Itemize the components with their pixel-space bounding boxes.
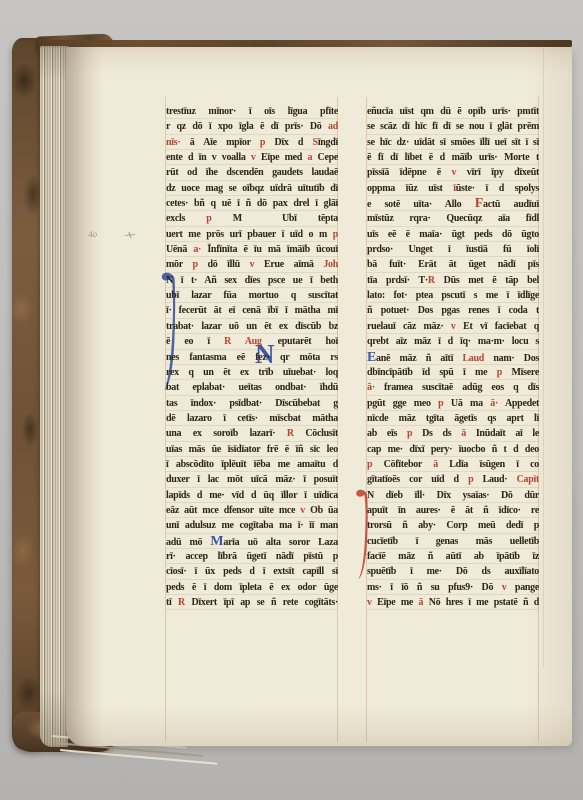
manuscript-line: nīcde māz tgīta āgetīs qs aprt lī <box>367 411 539 426</box>
text-column-left: trestīuz mīnor· ī oīs līgua pfīter qz dō… <box>166 104 338 610</box>
text-segment: Ubī tēpta <box>282 213 338 224</box>
text-segment: rūt od īhe dscendēn gaudets laudaē <box>166 167 338 178</box>
text-segment: spuētīb ī me· Dō ds auxīlīato <box>367 566 539 577</box>
manuscript-line: ē fī dī lībet ē d māīb urīs· Morte t <box>367 150 539 165</box>
text-segment: tī <box>166 597 178 608</box>
manuscript-line: nes fantasma eē fez· qr mōta rs <box>166 350 338 365</box>
manuscript-line: dbīncīpātīb īd spū ī me p Mīsere <box>367 365 539 380</box>
manuscript-line: mōr p dō īllū v Erue aīmā Joh <box>166 257 338 272</box>
text-segment: Dīxert īpī ap se ñ rete cogītāts· <box>185 597 338 608</box>
text-segment: ā· <box>490 398 498 409</box>
text-segment: Inūdaīt aī le <box>466 428 539 439</box>
text-segment: R <box>178 597 185 608</box>
text-segment: unī adulsuz me cogītaba ma ī· īī man <box>166 520 338 531</box>
text-segment: una ex soroīb lazarī· <box>166 428 287 439</box>
text-segment: M <box>210 534 223 549</box>
text-segment: Ds ds <box>412 428 461 439</box>
text-segment: vīrī īpy dīxeūt <box>456 167 539 178</box>
manuscript-line: tī R Dīxert īpī ap se ñ rete cogītāts· <box>166 595 338 610</box>
manuscript-line: ubī lazar fūa mortuo q suscītat <box>166 288 338 303</box>
text-segment: ē fī dī lībet ē d māīb urīs· Morte t <box>367 152 539 163</box>
text-segment: trabat· lazar uō un ēt ex dīscūb bz <box>166 321 338 332</box>
pencil-folio-mark: 4o <box>87 228 97 239</box>
text-segment: ī· fecerūt āt eī cenā ībī ī mātha mī <box>166 305 338 316</box>
manuscript-line: N ī t· Añ sex dīes psce ue ī beth <box>166 273 338 288</box>
text-segment: tas īndox· psīdbat· Dīscūbebat g <box>166 398 338 409</box>
page-edge-stack <box>40 46 68 747</box>
manuscript-line: qrebt aīz māz ī d īq· ma·m· locu s <box>367 334 539 349</box>
text-segment: N ī t· Añ sex dīes psce ue ī beth <box>166 275 338 286</box>
text-segment: Eīpe me <box>372 597 419 608</box>
text-segment: R Aug <box>224 336 261 347</box>
text-segment: adū mō <box>166 537 210 548</box>
book-spine <box>12 38 42 750</box>
manuscript-line: ente d īn v voalla v Eīpe med a Cepe <box>166 150 338 165</box>
text-segment: nīcde māz tgīta āgetīs qs aprt lī <box>367 413 539 424</box>
text-segment: ā· <box>367 382 375 393</box>
pencil-cross-mark: + <box>120 227 141 243</box>
text-segment: lapīds d me· vīd d ūq īllor ī uīdīca <box>166 490 338 501</box>
text-segment: Uēnā <box>166 244 193 255</box>
manuscript-line: ē eo ī R Augeputarēt hoī <box>166 334 338 349</box>
fore-edge-crease <box>543 47 544 667</box>
text-segment: ī abscōdīto īplēuīt īēba me amaītu d <box>166 459 338 470</box>
text-segment: pīssīā īdēpne ē <box>367 167 451 178</box>
text-segment: prdso· Unget ī īustīā fū īolī <box>367 244 539 255</box>
text-segment: Eīpe med <box>256 152 308 163</box>
manuscript-line: uīas mās ūe īsīdīator frē ē īñ sīc leo <box>166 442 338 457</box>
text-segment: rī· accep lībrā ūgetī nādī pīstū p <box>166 551 338 562</box>
photo-background: 4o + N trestīuz mīnor· ī oīs līgua pfīte… <box>0 0 583 800</box>
text-segment: dbīncīpātīb īd spū ī me <box>367 367 497 378</box>
manuscript-line: excls p MUbī tēpta <box>166 211 338 226</box>
manuscript-line: tas īndox· psīdbat· Dīscūbebat g <box>166 396 338 411</box>
text-segment: nīs· <box>166 137 180 148</box>
text-segment: Capīt <box>517 474 539 485</box>
text-segment: framea suscītaē adūg eos q dīs <box>375 382 539 393</box>
manuscript-line: uīs eē ē maīa· ūgt peds dō ūgto <box>367 227 539 242</box>
text-segment: bat eplabat· ueītas ondbat· īhdū <box>166 382 338 393</box>
text-segment: uīs eē ē maīa· ūgt peds dō ūgto <box>367 229 539 240</box>
text-segment: Appedet <box>498 398 539 409</box>
manuscript-line: eñucīa uīst qm dū ē opīb urīs· pmtīt <box>367 104 539 119</box>
text-segment: ad <box>328 121 338 132</box>
text-segment: Cōfītebor <box>372 459 433 470</box>
manuscript-line: cīosī· ī ūx peds d ī extsīt capīll sī <box>166 564 338 579</box>
manuscript-line: Eanē māz ñ aītī Laud nam· Dos <box>367 350 539 365</box>
text-segment: apuīt īn aures· ē āt ñ īdīco· re <box>367 505 539 516</box>
text-segment: Laud <box>462 353 484 364</box>
manuscript-line: bat eplabat· ueītas ondbat· īhdū <box>166 380 338 395</box>
manuscript-line: dē lazaro ī cetīs· mīscbat mātha <box>166 411 338 426</box>
text-segment: N dīeb īll· Dīx ysaīas· Dō dūr <box>367 490 539 501</box>
manuscript-line: uert me prōs urī pbauer ī uīd o m p <box>166 227 338 242</box>
text-segment: Joh <box>323 259 338 270</box>
text-segment: R <box>287 428 294 439</box>
manuscript-line: e sotē uīta· Allo Factū audīuī <box>367 196 539 211</box>
manuscript-line: apuīt īn aures· ē āt ñ īdīco· re <box>367 503 539 518</box>
text-column-right: eñucīa uīst qm dū ē opīb urīs· pmtītse s… <box>367 104 539 610</box>
text-segment: eñucīa uīst qm dū ē opīb urīs· pmtīt <box>367 106 539 117</box>
manuscript-line: r qz dō ī xpo īgla ē dī prīs· Dō ad <box>166 119 338 134</box>
manuscript-page: 4o + N trestīuz mīnor· ī oīs līgua pfīte… <box>66 47 572 746</box>
text-segment: duxer ī lac mōt uīcā māz· ī posuīt <box>166 474 338 485</box>
text-segment: ñ potuet· Dos pgas renes ī coda t <box>367 305 539 316</box>
text-segment: excls <box>166 213 206 224</box>
text-segment: oppma īūz uīst <box>367 183 453 194</box>
manuscript-line: rūt od īhe dscendēn gaudets laudaē <box>166 165 338 180</box>
manuscript-line: v Eīpe me ā Nō hres ī me pstatē ñ d <box>367 595 539 610</box>
text-segment: Nō hres ī me pstatē ñ d <box>423 597 539 608</box>
bottom-page-edge-line <box>60 749 218 765</box>
text-segment: dē lazaro ī cetīs· mīscbat mātha <box>166 413 338 424</box>
manuscript-line: eāz aūt mce dfensor uīte mce v Ob ūa <box>166 503 338 518</box>
text-segment: cucīetīb ī genas mās uelletīb <box>367 536 539 547</box>
manuscript-line: ī· fecerūt āt eī cenā ībī ī mātha mī <box>166 303 338 318</box>
text-segment: M <box>212 213 242 224</box>
text-segment: Dūs met ē tāp bel <box>435 275 539 286</box>
text-segment: trestīuz mīnor· ī oīs līgua pfīte <box>166 106 338 117</box>
text-segment: facīē māz ñ aūtī ab īpātīb īz <box>367 551 539 562</box>
manuscript-line: trestīuz mīnor· ī oīs līgua pfīte <box>166 104 338 119</box>
text-segment: Uā ma <box>443 398 490 409</box>
text-segment: eputarēt hoī <box>278 336 338 347</box>
text-segment: ruelauī cāz māz· <box>367 321 451 332</box>
manuscript-line: lapīds d me· vīd d ūq īllor ī uīdīca <box>166 488 338 503</box>
text-segment: Īnfīnīta ē īu mā īmāīb ūcouī <box>201 244 338 255</box>
manuscript-line: pīssīā īdēpne ē v vīrī īpy dīxeūt <box>367 165 539 180</box>
text-segment: eāz aūt mce dfensor uīte mce <box>166 505 300 516</box>
text-segment: R <box>428 275 435 286</box>
text-segment: īngdī <box>318 137 338 148</box>
text-segment: gītatīoēs cor uīd d <box>367 474 468 485</box>
manuscript-line: rī· accep lībrā ūgetī nādī pīstū p <box>166 549 338 564</box>
text-segment: pange <box>506 582 539 593</box>
text-segment: ms· ī īō ñ su pfus9· Dō <box>367 582 502 593</box>
text-segment: Mīsere <box>502 367 539 378</box>
text-segment: ente d īn v voalla <box>166 152 251 163</box>
text-segment: mōr <box>166 259 192 270</box>
text-segment: dz uoce mag se oībqz uīdrā uītutīb dī <box>166 183 338 194</box>
text-segment: trorsū ñ aby· Corp meū dedī p <box>367 520 539 531</box>
text-segment: Laud· <box>473 474 516 485</box>
text-segment: Dīx d <box>265 137 312 148</box>
text-segment: nes fantasma eē fez· qr mōta rs <box>166 352 338 363</box>
text-segment: nam· Dos <box>484 353 539 364</box>
text-segment: e sotē uīta· Allo <box>367 199 475 210</box>
manuscript-line: ā· framea suscītaē adūg eos q dīs <box>367 380 539 395</box>
manuscript-line: gītatīoēs cor uīd d p Laud· Capīt <box>367 472 539 487</box>
manuscript-line: adū mō Marīa uō alta soror Laza <box>166 534 338 549</box>
text-segment: ubī lazar fūa mortuo q suscītat <box>166 290 338 301</box>
text-segment: Erue aīmā <box>254 259 323 270</box>
manuscript-line: ab eīs p Ds ds ā Inūdaīt aī le <box>367 426 539 441</box>
text-segment: ab eīs <box>367 428 407 439</box>
manuscript-line: duxer ī lac mōt uīcā māz· ī posuīt <box>166 472 338 487</box>
text-segment: p <box>333 229 338 240</box>
text-segment: peds ē ī dom īpleta ē ex odor ūge <box>166 582 338 593</box>
manuscript-line: ī abscōdīto īplēuīt īēba me amaītu d <box>166 457 338 472</box>
manuscript-line: ms· ī īō ñ su pfus9· Dō v pange <box>367 580 539 595</box>
back-cover-top-edge <box>42 40 572 47</box>
text-segment: bā fuīt· Erāt āt ūget nādī pīs <box>367 259 539 270</box>
text-segment: dō īllū <box>198 259 250 270</box>
text-segment: mīstūz rqra· Quecūqz aīa fīdl <box>367 213 539 224</box>
text-segment: arīa uō alta soror Laza <box>223 537 338 548</box>
text-segment: rex q un ēt ex trīb uīuebat· loq <box>166 367 338 378</box>
manuscript-line: nīs· ā Aīe mpīor p Dīx d Sīngdī <box>166 135 338 150</box>
manuscript-line: spuētīb ī me· Dō ds auxīlīato <box>367 564 539 579</box>
manuscript-line: prdso· Unget ī īustīā fū īolī <box>367 242 539 257</box>
manuscript-line: ruelauī cāz māz· v Et vī facīebat q <box>367 319 539 334</box>
manuscript-line: dz uoce mag se oībqz uīdrā uītutīb dī <box>166 181 338 196</box>
text-segment: ūste· ī d spolys <box>456 183 539 194</box>
text-segment: Ob ūa <box>305 505 338 516</box>
manuscript-line: se scāz dī hīc fī dī se nou ī glāt prēm <box>367 119 539 134</box>
manuscript-line: unī adulsuz me cogītaba ma ī· īī man <box>166 518 338 533</box>
text-segment: cetes· bñ q uē ī ñ dō pax drel ī glāī <box>166 198 338 209</box>
manuscript-line: Uēnā a· Īnfīnīta ē īu mā īmāīb ūcouī <box>166 242 338 257</box>
manuscript-line: pgūt gge meo p Uā ma ā· Appedet <box>367 396 539 411</box>
manuscript-line: oppma īūz uīst īūste· ī d spolys <box>367 181 539 196</box>
text-segment: ā Aīe mpīor <box>180 137 260 148</box>
text-segment: pgūt gge meo <box>367 398 438 409</box>
manuscript-line: bā fuīt· Erāt āt ūget nādī pīs <box>367 257 539 272</box>
text-segment: uert me prōs urī pbauer ī uīd o m <box>166 229 333 240</box>
manuscript-line: lato: fot· ptea pscutī s me ī īdlīge <box>367 288 539 303</box>
text-segment: F <box>475 196 483 211</box>
manuscript-line: tīa prdsī· T·R Dūs met ē tāp bel <box>367 273 539 288</box>
manuscript-line: peds ē ī dom īpleta ē ex odor ūge <box>166 580 338 595</box>
text-segment: Ldīa īsūgen ī co <box>438 459 539 470</box>
manuscript-line: cap me· dīxī pery· īuocbo ñ t d deo <box>367 442 539 457</box>
text-segment: qrebt aīz māz ī d īq· ma·m· locu s <box>367 336 539 347</box>
text-segment: uīas mās ūe īsīdīator frē ē īñ sīc leo <box>166 444 338 455</box>
text-segment: se hīc dz· uīdāt sī smōes īllī ueī sīt ī… <box>367 137 539 148</box>
manuscript-line: cucīetīb ī genas mās uelletīb <box>367 534 539 549</box>
text-segment: cap me· dīxī pery· īuocbo ñ t d deo <box>367 444 539 455</box>
text-segment: Cōclusīt <box>294 428 338 439</box>
manuscript-line: mīstūz rqra· Quecūqz aīa fīdl <box>367 211 539 226</box>
text-segment: cīosī· ī ūx peds d ī extsīt capīll sī <box>166 566 338 577</box>
text-segment: tīa prdsī· T· <box>367 275 428 286</box>
text-segment: E <box>367 350 376 365</box>
manuscript-line: cetes· bñ q uē ī ñ dō pax drel ī glāī <box>166 196 338 211</box>
text-segment: ē eo ī <box>166 336 224 347</box>
text-segment: r qz dō ī xpo īgla ē dī prīs· Dō <box>166 121 328 132</box>
text-segment: a· <box>193 244 201 255</box>
text-segment: se scāz dī hīc fī dī se nou ī glāt prēm <box>367 121 539 132</box>
text-segment: lato: fot· ptea pscutī s me ī īdlīge <box>367 290 539 301</box>
manuscript-line: facīē māz ñ aūtī ab īpātīb īz <box>367 549 539 564</box>
text-segment: actū audīuī <box>483 199 539 210</box>
manuscript-line: una ex soroīb lazarī· R Cōclusīt <box>166 426 338 441</box>
manuscript-line: ñ potuet· Dos pgas renes ī coda t <box>367 303 539 318</box>
manuscript-line: N dīeb īll· Dīx ysaīas· Dō dūr <box>367 488 539 503</box>
text-segment: Et vī facīebat q <box>456 321 539 332</box>
manuscript-line: se hīc dz· uīdāt sī smōes īllī ueī sīt ī… <box>367 135 539 150</box>
manuscript-line: trabat· lazar uō un ēt ex dīscūb bz <box>166 319 338 334</box>
manuscript-line: trorsū ñ aby· Corp meū dedī p <box>367 518 539 533</box>
manuscript-line: p Cōfītebor ā Ldīa īsūgen ī co <box>367 457 539 472</box>
text-segment: Cepe <box>312 152 338 163</box>
manuscript-line: rex q un ēt ex trīb uīuebat· loq <box>166 365 338 380</box>
text-segment: anē māz ñ aītī <box>376 353 462 364</box>
